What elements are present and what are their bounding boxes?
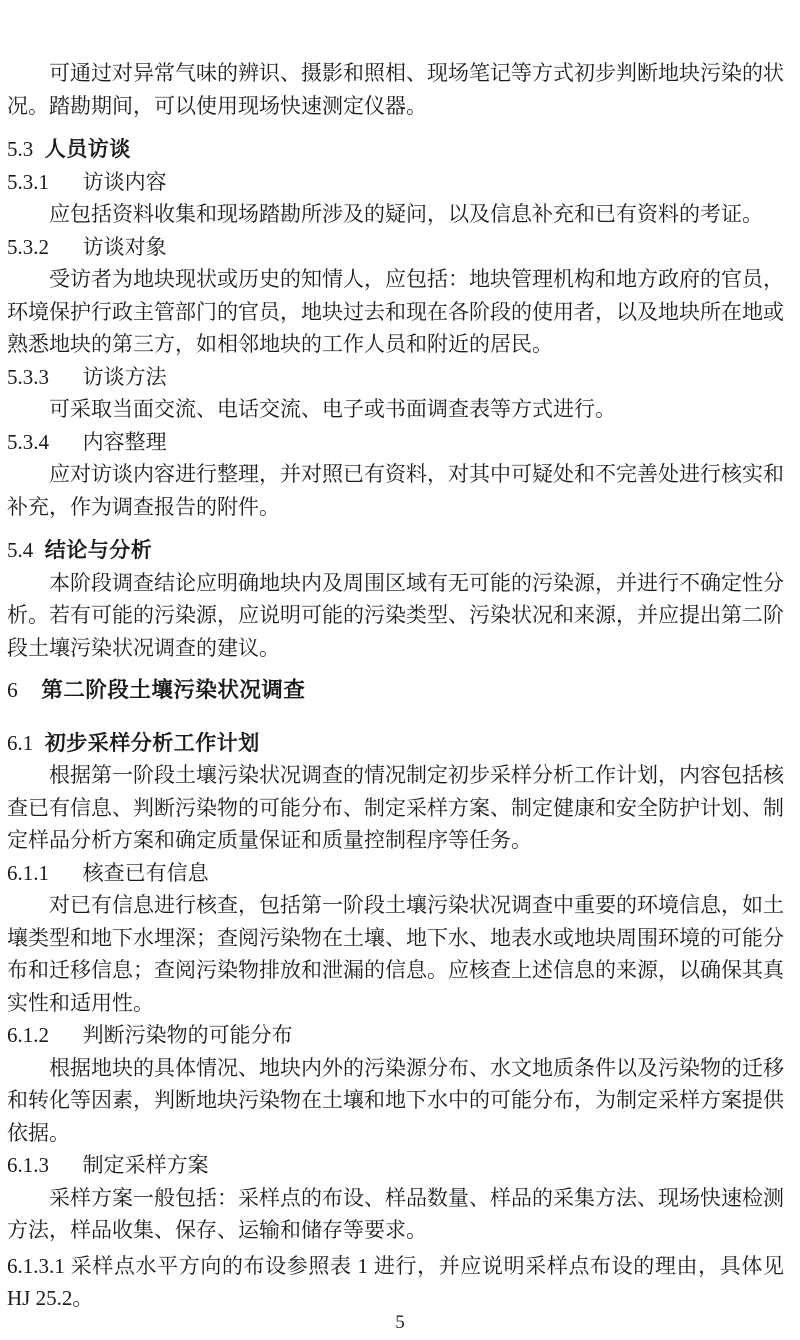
heading-6.1.2: 6.1.2判断污染物的可能分布 — [7, 1019, 784, 1052]
page-number: 5 — [0, 1312, 800, 1334]
heading-6.1.3: 6.1.3制定采样方案 — [7, 1149, 784, 1182]
page-content: 可通过对异常气味的辨识、摄影和照相、现场笔记等方式初步判断地块污染的状况。踏勘期… — [7, 57, 784, 1315]
clause-paragraph: 6.1.3.1 采样点水平方向的布设参照表 1 进行，并应说明采样点布设的理由，… — [7, 1250, 784, 1315]
heading-number: 5.3.1 — [7, 170, 49, 194]
heading-5.3.2: 5.3.2访谈对象 — [7, 231, 784, 264]
heading-6.1.1: 6.1.1核查已有信息 — [7, 857, 784, 890]
heading-title: 第二阶段土壤污染状况调查 — [41, 678, 305, 702]
body-paragraph: 可通过对异常气味的辨识、摄影和照相、现场笔记等方式初步判断地块污染的状况。踏勘期… — [7, 57, 784, 122]
body-paragraph: 根据第一阶段土壤污染状况调查的情况制定初步采样分析工作计划，内容包括核查已有信息… — [7, 759, 784, 857]
body-paragraph: 采样方案一般包括：采样点的布设、样品数量、样品的采集方法、现场快速检测方法，样品… — [7, 1182, 784, 1247]
heading-title: 结论与分析 — [45, 538, 153, 562]
heading-number: 6.1.3 — [7, 1153, 49, 1177]
document-page: 可通过对异常气味的辨识、摄影和照相、现场笔记等方式初步判断地块污染的状况。踏勘期… — [0, 0, 800, 1340]
body-paragraph: 应包括资料收集和现场踏勘所涉及的疑问，以及信息补充和已有资料的考证。 — [7, 198, 784, 231]
body-paragraph: 根据地块的具体情况、地块内外的污染源分布、水文地质条件以及污染物的迁移和转化等因… — [7, 1052, 784, 1150]
body-paragraph: 可采取当面交流、电话交流、电子或书面调查表等方式进行。 — [7, 393, 784, 426]
heading-title: 核查已有信息 — [83, 861, 209, 885]
heading-5.3.3: 5.3.3访谈方法 — [7, 361, 784, 394]
heading-5.3.4: 5.3.4内容整理 — [7, 426, 784, 459]
heading-number: 6 — [7, 678, 18, 702]
heading-title: 内容整理 — [83, 430, 167, 454]
heading-number: 6.1.1 — [7, 861, 49, 885]
body-paragraph: 本阶段调查结论应明确地块内及周围区域有无可能的污染源，并进行不确定性分析。若有可… — [7, 567, 784, 665]
heading-number: 5.3.2 — [7, 235, 49, 259]
heading-number: 5.3 — [7, 137, 33, 161]
heading-title: 人员访谈 — [45, 137, 131, 161]
heading-number: 5.3.3 — [7, 365, 49, 389]
heading-5.4: 5.4结论与分析 — [7, 534, 784, 567]
heading-6.1: 6.1初步采样分析工作计划 — [7, 727, 784, 760]
heading-title: 判断污染物的可能分布 — [83, 1023, 293, 1047]
heading-number: 6.1 — [7, 731, 33, 755]
heading-title: 访谈内容 — [83, 170, 167, 194]
body-paragraph: 应对访谈内容进行整理，并对照已有资料，对其中可疑处和不完善处进行核实和补充，作为… — [7, 458, 784, 523]
heading-title: 初步采样分析工作计划 — [45, 731, 260, 755]
body-paragraph: 受访者为地块现状或历史的知情人，应包括：地块管理机构和地方政府的官员，环境保护行… — [7, 263, 784, 361]
body-paragraph: 对已有信息进行核查，包括第一阶段土壤污染状况调查中重要的环境信息，如土壤类型和地… — [7, 889, 784, 1019]
heading-6: 6第二阶段土壤污染状况调查 — [7, 674, 784, 707]
heading-5.3.1: 5.3.1访谈内容 — [7, 166, 784, 199]
heading-title: 访谈方法 — [83, 365, 167, 389]
heading-title: 制定采样方案 — [83, 1153, 209, 1177]
heading-5.3: 5.3人员访谈 — [7, 133, 784, 166]
heading-number: 6.1.2 — [7, 1023, 49, 1047]
heading-number: 5.3.4 — [7, 430, 49, 454]
heading-title: 访谈对象 — [83, 235, 167, 259]
heading-number: 5.4 — [7, 538, 33, 562]
